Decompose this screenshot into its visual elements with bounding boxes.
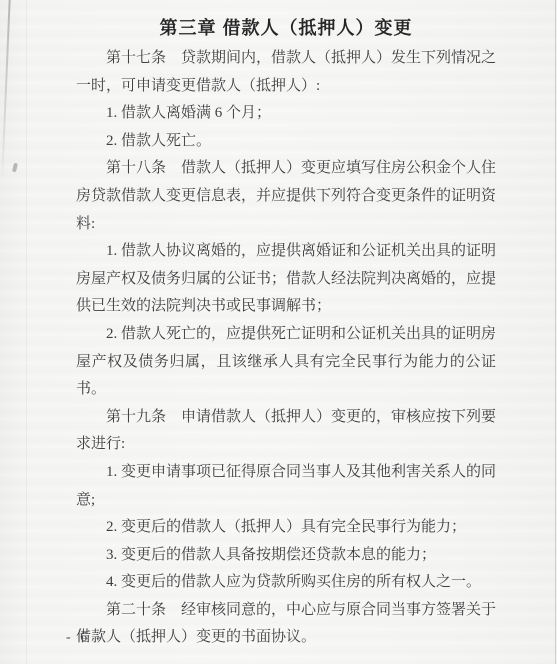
- paragraph-article-19-item-4: 4. 变更后的借款人应为贷款所购买住房的所有权人之一。: [76, 569, 496, 597]
- scan-crease-artifact: [1, 0, 11, 182]
- document-page: 第三章 借款人（抵押人）变更 第十七条 贷款期间内，借款人（抵押人）发生下列情况…: [0, 0, 557, 664]
- paragraph-article-19: 第十九条 申请借款人（抵押人）变更的，审核应按下列要求进行:: [76, 404, 496, 459]
- scan-left-edge-artifact: [26, 0, 27, 664]
- scan-right-edge-artifact: [555, 0, 556, 664]
- paragraph-article-18: 第十八条 借款人（抵押人）变更应填写住房公积金个人住房贷款借款人变更信息表，并应…: [76, 155, 496, 238]
- paragraph-article-18-item-2: 2. 借款人死亡的，应提供死亡证明和公证机关出具的证明房屋产权及债务归属，且该继…: [76, 321, 496, 404]
- paragraph-item-2-death: 2. 借款人死亡。: [76, 128, 496, 156]
- document-body: 第三章 借款人（抵押人）变更 第十七条 贷款期间内，借款人（抵押人）发生下列情况…: [76, 14, 496, 652]
- paragraph-article-19-item-3: 3. 变更后的借款人具备按期偿还贷款本息的能力；: [76, 542, 496, 570]
- page-number: - 6 -: [66, 629, 104, 647]
- paragraph-article-17: 第十七条 贷款期间内，借款人（抵押人）发生下列情况之一时，可申请变更借款人（抵押…: [76, 45, 496, 100]
- paragraph-item-1-divorce: 1. 借款人离婚满 6 个月；: [76, 100, 496, 128]
- paragraph-article-19-item-2: 2. 变更后的借款人（抵押人）具有完全民事行为能力；: [76, 514, 496, 542]
- paragraph-article-19-item-1: 1. 变更申请事项已征得原合同当事人及其他利害关系人的同意;: [76, 459, 496, 514]
- paragraph-article-18-item-1: 1. 借款人协议离婚的，应提供离婚证和公证机关出具的证明房屋产权及债务归属的公证…: [76, 238, 496, 321]
- chapter-title: 第三章 借款人（抵押人）变更: [76, 14, 496, 42]
- paragraph-article-20: 第二十条 经审核同意的，中心应与原合同当事方签署关于借款人（抵押人）变更的书面协…: [76, 597, 496, 652]
- scan-crease-tick-artifact: [12, 163, 18, 173]
